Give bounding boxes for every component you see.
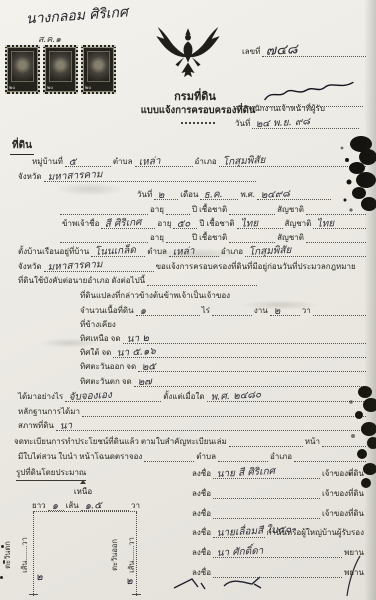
dotted-field: นา ๒: [123, 332, 366, 344]
form-line: จังหวัดมหาสารคาม: [16, 171, 256, 182]
sketch-east-label: ตะวันออก: [109, 525, 121, 585]
scanned-land-document: นางกลอม ศิริเกศ ส.ค.๑ ๒๐ ๒๐ ๒๐ กรมที: [0, 0, 376, 600]
form-line: ลงชื่อนาย สี ศิริเกศเจ้าของที่ดิน: [190, 468, 366, 479]
form-line: จำนวนเนื้อที่ดิน๑ไร่งาน๒วา: [78, 305, 366, 316]
sketch-corner-tick: [29, 594, 38, 595]
handwritten-entry: สี ศิริเกศ: [105, 217, 142, 230]
dotted-field: ๑.๕: [81, 499, 129, 511]
handwritten-entry: ๑: [139, 306, 146, 317]
printed-label: สัญชาติ: [275, 204, 306, 215]
printed-label: ไร่: [200, 305, 212, 316]
printed-label: ปี เชื้อชาติ: [190, 232, 229, 243]
dotted-field: จับจองเอง: [65, 390, 161, 402]
form-line: ข้าพเจ้าชื่อสี ศิริเกศอายุ๕๐ปี เชื้อชาติ…: [60, 218, 366, 229]
printed-label: อายุ: [148, 204, 166, 215]
handwritten-entry: จับจองเอง: [69, 390, 113, 403]
handwritten-entry: ไทย: [317, 218, 335, 230]
stamp-value: ๒๐: [47, 85, 53, 91]
handwritten-entry: ๒: [125, 574, 133, 590]
printed-label: ตั้งแต่เมื่อใด: [161, 391, 206, 402]
handwritten-entry: นา ศักดิ์ดา: [216, 546, 263, 559]
form-line: ยาว๑เส้น๑.๕วา: [30, 500, 142, 511]
printed-label: ทิศตะวันตก จด: [78, 376, 134, 387]
sketch-west-label: ตะวันตก: [2, 525, 14, 585]
form-line: อายุปี เชื้อชาติสัญชาติ: [60, 204, 366, 215]
handwritten-entry: ไทย: [240, 218, 258, 230]
dotted-field: ๕๐: [173, 217, 197, 229]
printed-label: สภาพที่ดิน: [16, 420, 56, 431]
printed-label: วันที่: [135, 189, 154, 200]
printed-label: พ.ศ.: [238, 189, 256, 200]
section-header-land: ที่ดิน: [10, 138, 34, 155]
garuda-emblem-icon: [155, 23, 221, 85]
dotted-field: [218, 450, 268, 462]
printed-label: ตำบล: [111, 156, 135, 167]
printed-label: มีใบไต่สวน ใบนำ หน้าโฉนดตราจอง: [16, 451, 144, 462]
handwritten-entry: ๒: [35, 570, 43, 586]
form-line: ได้มาอย่างไรจับจองเองตั้งแต่เมื่อใดพ.ศ. …: [16, 391, 366, 402]
stamp-emblem-icon: [49, 51, 72, 82]
printed-label: เลขที่: [240, 46, 262, 57]
printed-label: ลงชื่อ: [190, 508, 213, 519]
dotted-field: ๒๕: [138, 360, 366, 372]
sketch-west-edge: [33, 512, 34, 596]
scan-speck: [1, 545, 4, 548]
form-line: ทิศตะวันออก จด๒๕: [78, 361, 366, 372]
handwritten-entry: นา: [59, 420, 72, 432]
printed-label: จดทะเบียนการทำประโยชน์ที่ดินแล้ว ตามใบสำ…: [12, 436, 229, 447]
dotted-field: [213, 487, 320, 499]
handwritten-entry: ๒: [158, 190, 165, 201]
dotted-field: ๕: [65, 155, 111, 167]
printed-label: ลงชื่อ: [190, 468, 213, 479]
handwritten-entry: โกสุมพิสัย: [222, 155, 265, 168]
printed-label: ที่ข้างเคียง: [78, 319, 118, 330]
form-line: ทิศเหนือ จดนา ๒: [78, 333, 366, 344]
dotted-field: [166, 203, 190, 215]
scan-smudge: [240, 300, 320, 310]
printed-label: อายุ: [155, 218, 173, 229]
printed-label: ลงชื่อ: [190, 488, 213, 499]
printed-label: จังหวัด: [16, 171, 44, 182]
dotted-field: โนนเกล็ด: [91, 245, 145, 257]
form-line: อายุปี เชื้อชาติสัญชาติ: [60, 232, 366, 243]
title-divider: [181, 122, 215, 124]
pen-stroke-icon: [342, 554, 364, 598]
handwritten-entry: มหาสารคาม: [47, 169, 102, 183]
dotted-field: ธ.ค.: [200, 188, 238, 200]
printed-label: จำนวนเนื้อที่ดิน: [78, 305, 136, 316]
dotted-field: ๒๔๙๘: [257, 188, 331, 200]
revenue-stamp-icon: ๒๐: [81, 45, 116, 94]
form-line: ลงชื่อเจ้าของที่ดิน: [190, 488, 366, 499]
printed-label: ปี เชื้อชาติ: [190, 204, 229, 215]
form-line: ทิศใต้ จดนา ๕.๑๖: [78, 347, 366, 358]
stamp-value: ๒๐: [85, 85, 91, 91]
form-line: วันที่๒๔ พ.ย. ๙๘: [233, 118, 359, 129]
dotted-field: เหล่า: [135, 155, 193, 167]
form-line: หมู่บ้านที่๕ตำบลเหล่าอำเภอโกสุมพิสัย: [30, 156, 366, 167]
printed-label: หมู่บ้านที่: [30, 156, 65, 167]
scan-speck: [3, 560, 5, 564]
dotted-field: ๑: [136, 304, 200, 316]
stamp-value: ๒๐: [9, 85, 15, 91]
handwritten-name-annotation: นางกลอม ศิริเกศ: [25, 1, 128, 30]
revenue-stamp-icon: ๒๐: [43, 45, 78, 94]
dotted-field: นา: [56, 419, 366, 431]
stamp-emblem-icon: [11, 51, 34, 82]
handwritten-entry: ๒๔๙๘: [260, 188, 290, 201]
scan-edge-shade: [364, 0, 376, 600]
printed-label: ยาว: [30, 500, 48, 511]
dotted-field: [144, 450, 194, 462]
printed-label: อำเภอ: [193, 156, 219, 167]
printed-label: เส้น: [64, 500, 81, 511]
form-line: ที่ดินแปลงที่กล่าวข้างต้นข้าพเจ้าเป็นเจ้…: [78, 290, 366, 301]
printed-label: ตำบล: [194, 451, 218, 462]
handwritten-entry: ๗๔๘: [266, 44, 298, 57]
printed-label: วันที่: [233, 118, 252, 129]
printed-label: อายุ: [148, 232, 166, 243]
stamp-block-label: ส.ค.๑: [38, 32, 61, 46]
dotted-field: [313, 304, 366, 316]
scan-smudge: [55, 182, 125, 196]
sketch-north-edge: [33, 511, 137, 512]
handwritten-entry: มหาสารคาม: [47, 259, 102, 273]
handwritten-entry: ๒๔ พ.ย. ๙๘: [256, 116, 311, 130]
sketch-west-measure: เส้น........วา: [19, 525, 31, 585]
dotted-field: [229, 231, 275, 243]
handwritten-entry: ๕๐: [177, 218, 191, 230]
form-line: [233, 96, 363, 107]
printed-label: ที่ดินแปลงที่กล่าวข้างต้นข้าพเจ้าเป็นเจ้…: [78, 290, 232, 301]
north-caret-mark: [80, 480, 86, 484]
dotted-field: ๒: [154, 188, 178, 200]
printed-label: ลงชื่อ: [190, 527, 213, 538]
dotted-field: ๒๗: [134, 375, 366, 387]
printed-label: สัญชาติ: [283, 218, 314, 229]
form-line: มีใบไต่สวน ใบนำ หน้าโฉนดตราจองตำบลอำเภอ: [16, 451, 366, 462]
dotted-field: [229, 435, 303, 447]
form-line: ลงชื่อนายเลื่อมสี ใบ๕๐กำนันหรือผู้ใหญ่บ้…: [190, 527, 366, 538]
dotted-field: สี ศิริเกศ: [101, 217, 155, 229]
form-line: ทิศตะวันตก จด๒๗: [78, 376, 366, 387]
dotted-field: [306, 231, 366, 243]
dotted-field: [213, 507, 320, 519]
dotted-field: ๗๔๘: [262, 45, 366, 57]
scan-speck: [0, 576, 3, 579]
form-line: ที่ข้างเคียง: [78, 319, 366, 330]
dotted-field: นา ๕.๑๖: [113, 346, 366, 358]
handwritten-entry: โนนเกล็ด: [95, 245, 137, 258]
printed-label: หน้า: [303, 436, 322, 447]
sketch-north-label: เหนือ: [58, 485, 108, 498]
printed-label: ทิศตะวันออก จด: [78, 361, 138, 372]
dotted-field: [147, 274, 257, 286]
form-line: เลขที่๗๔๘: [240, 46, 366, 57]
printed-label: เจ้าของที่ดิน: [320, 508, 366, 519]
printed-label: ขอแจ้งการครอบครองที่ดินที่มีอยู่ก่อนวันท…: [154, 261, 358, 272]
sketch-caption: รูปที่ดินโดยประมาณ: [16, 466, 86, 481]
scan-smudge: [150, 248, 240, 260]
printed-label: ปี เชื้อชาติ: [197, 218, 236, 229]
handwritten-entry: นา ๒: [126, 333, 149, 345]
dotted-field: นา ศักดิ์ดา: [213, 546, 342, 558]
dotted-field: [82, 405, 366, 417]
dotted-field: ๒๔ พ.ย. ๙๘: [252, 117, 359, 129]
printed-label: วา: [129, 500, 142, 511]
dotted-field: ๑: [48, 499, 64, 511]
dotted-field: มหาสารคาม: [44, 170, 256, 182]
dotted-field: ไทย: [237, 217, 283, 229]
dotted-field: มหาสารคาม: [44, 260, 154, 272]
dotted-field: [60, 203, 148, 215]
revenue-stamp-row: ๒๐ ๒๐ ๒๐: [5, 45, 116, 94]
handwritten-entry: ธ.ค.: [204, 189, 224, 201]
printed-label: สัญชาติ: [275, 232, 306, 243]
form-line: หลักฐานการได้มา: [16, 406, 366, 417]
printed-label: จังหวัด: [16, 261, 44, 272]
form-line: จังหวัดมหาสารคามขอแจ้งการครอบครองที่ดินท…: [16, 261, 366, 272]
form-line: จดทะเบียนการทำประโยชน์ที่ดินแล้ว ตามใบสำ…: [12, 436, 366, 447]
dotted-field: โกสุมพิสัย: [245, 245, 366, 257]
handwritten-squiggle-icon: [168, 570, 278, 598]
printed-label: ลงชื่อ: [190, 547, 213, 558]
handwritten-entry: ๒๕: [142, 361, 157, 373]
dotted-field: [229, 203, 275, 215]
dotted-field: ไทย: [313, 217, 366, 229]
form-line: ลงชื่อนา ศักดิ์ดาพยาน: [190, 547, 366, 558]
scan-smudge: [40, 338, 100, 348]
handwritten-entry: โกสุมพิสัย: [248, 245, 291, 258]
printed-label: ทิศใต้ จด: [78, 347, 113, 358]
printed-label: ได้มาอย่างไร: [16, 391, 65, 402]
revenue-stamp-icon: ๒๐: [5, 45, 40, 94]
handwritten-entry: ๒๗: [137, 376, 152, 388]
printed-label: อำเภอ: [268, 451, 294, 462]
printed-label: หลักฐานการได้มา: [16, 406, 82, 417]
handwritten-entry: นาย สี ศิริเกศ: [216, 466, 275, 480]
printed-label: ข้าพเจ้าชื่อ: [60, 218, 101, 229]
dotted-field: นาย สี ศิริเกศ: [213, 467, 320, 479]
dotted-field: [60, 231, 148, 243]
form-line: วันที่๒เดือนธ.ค.พ.ศ.๒๔๙๘: [135, 189, 331, 200]
sketch-corner-tick: [132, 594, 141, 595]
dotted-field: นายเลื่อมสี ใบ๕๐: [213, 526, 265, 538]
handwritten-entry: พ.ศ. ๒๔๘๐: [210, 389, 261, 403]
form-line: ที่ดินใช้บังคับต่อนายอำเภอ ดังต่อไปนี้: [16, 275, 296, 286]
handwritten-entry: ๕: [68, 157, 76, 168]
stamp-emblem-icon: [87, 51, 110, 82]
form-line: ลงชื่อเจ้าของที่ดิน: [190, 508, 366, 519]
printed-label: ที่ดินใช้บังคับต่อนายอำเภอ ดังต่อไปนี้: [16, 275, 147, 286]
printed-label: เดือน: [178, 189, 200, 200]
dotted-field: [166, 231, 190, 243]
handwritten-entry: นา ๕.๑๖: [117, 346, 157, 359]
form-line: สภาพที่ดินนา: [16, 420, 366, 431]
printed-label: ตั้งบ้านเรือนอยู่ที่บ้าน: [16, 246, 91, 257]
handwritten-entry: เหล่า: [138, 156, 160, 168]
dotted-field: [233, 95, 363, 107]
